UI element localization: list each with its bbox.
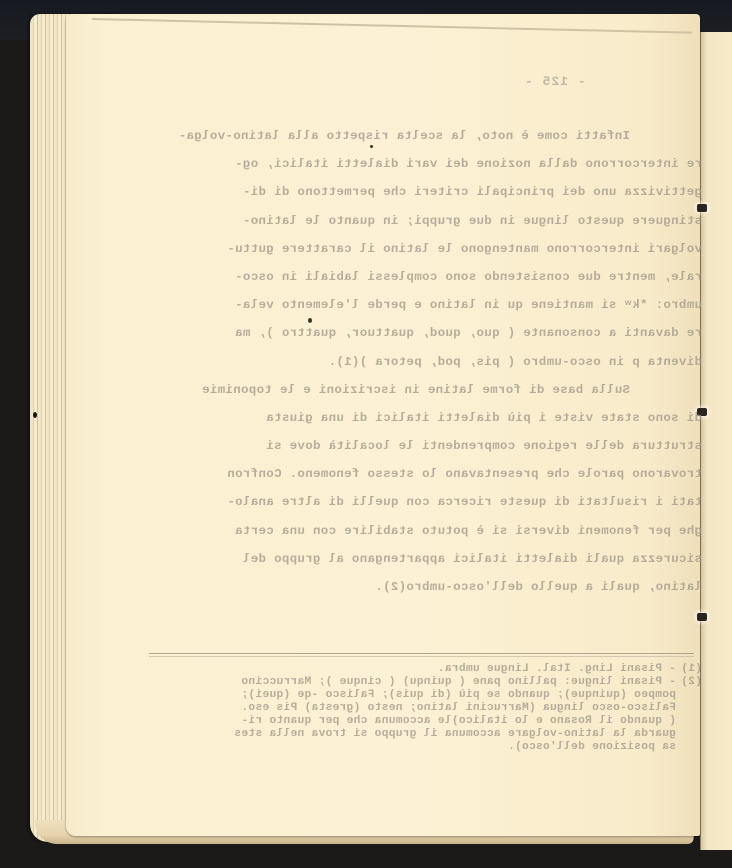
body-line: stinguere questo lingue in due gruppi; i… (92, 207, 702, 235)
footnotes: (1)- Pisani Ling. Ital. Lingue umbra. (2… (92, 663, 702, 754)
body-line: rale, mentre due consistendo sono comple… (92, 263, 702, 291)
footnote-divider (149, 653, 694, 654)
body-line: latino, quali a quello dell'osco-umbro(2… (92, 573, 702, 601)
body-line: re intercorrono dalla nozione dei vari d… (92, 150, 702, 178)
binding-staple-icon (697, 613, 707, 621)
body-line: volgari intercorrono mantengono le latin… (92, 235, 702, 263)
body-line: sicurezza quali dialetti italici apparte… (92, 545, 702, 573)
footnote-text: - Pisani lingue: pallino pane ( quinqu) … (241, 676, 676, 688)
footnote-text: pompeo (quinque); quando se più (di quis… (92, 689, 702, 702)
body-line: struttura delle regione comprendenti le … (92, 432, 702, 460)
footnote-divider-secondary (149, 656, 694, 657)
footnote-text: guarda la latino-volgare accomuna il gru… (92, 728, 702, 741)
body-line: diventa p in osco-umbro ( pis, pod, peto… (92, 348, 702, 376)
footnote-text: ( quando il Rosano e lo italico)le accom… (92, 715, 702, 728)
body-line: di sono state viste i più dialetti itali… (92, 404, 702, 432)
facing-page-strip (700, 32, 732, 850)
body-line: re davanti a consonante ( quo, quod, qua… (92, 319, 702, 347)
body-line: ghe per fenomeni diversi si è potuto sta… (92, 517, 702, 545)
body-line: tati i risultati di queste ricerca con q… (92, 488, 702, 516)
body-line: umbro: *kʷ si mantiene qu in latino e pe… (92, 291, 702, 319)
body-line: gettivizza uno dei principali criteri ch… (92, 178, 702, 206)
body-line: trovarono parole che presentavano lo ste… (92, 460, 702, 488)
footnote-text: Falisco-osco lingua (Marrucini latino; n… (92, 702, 702, 715)
footnote-text: sa posizione dell'osco). (92, 741, 702, 754)
body-line: Sulla base di forme latine in iscrizioni… (92, 376, 702, 404)
page-number: - 125 - (524, 74, 586, 89)
scanned-book-scene: - 125 - Infatti come è noto, la scelta r… (0, 0, 732, 868)
footnote-1: (1)- Pisani Ling. Ital. Lingue umbra. (92, 663, 702, 676)
body-line: Infatti come è noto, la scelta rispetto … (92, 122, 702, 150)
body-text: Infatti come è noto, la scelta rispetto … (92, 122, 702, 601)
footnote-marker: (1) (676, 663, 702, 676)
footnote-text: - Pisani Ling. Ital. Lingue umbra. (438, 663, 676, 675)
footnote-2: (2)- Pisani lingue: pallino pane ( quinq… (92, 676, 702, 689)
footnote-marker: (2) (676, 676, 702, 689)
